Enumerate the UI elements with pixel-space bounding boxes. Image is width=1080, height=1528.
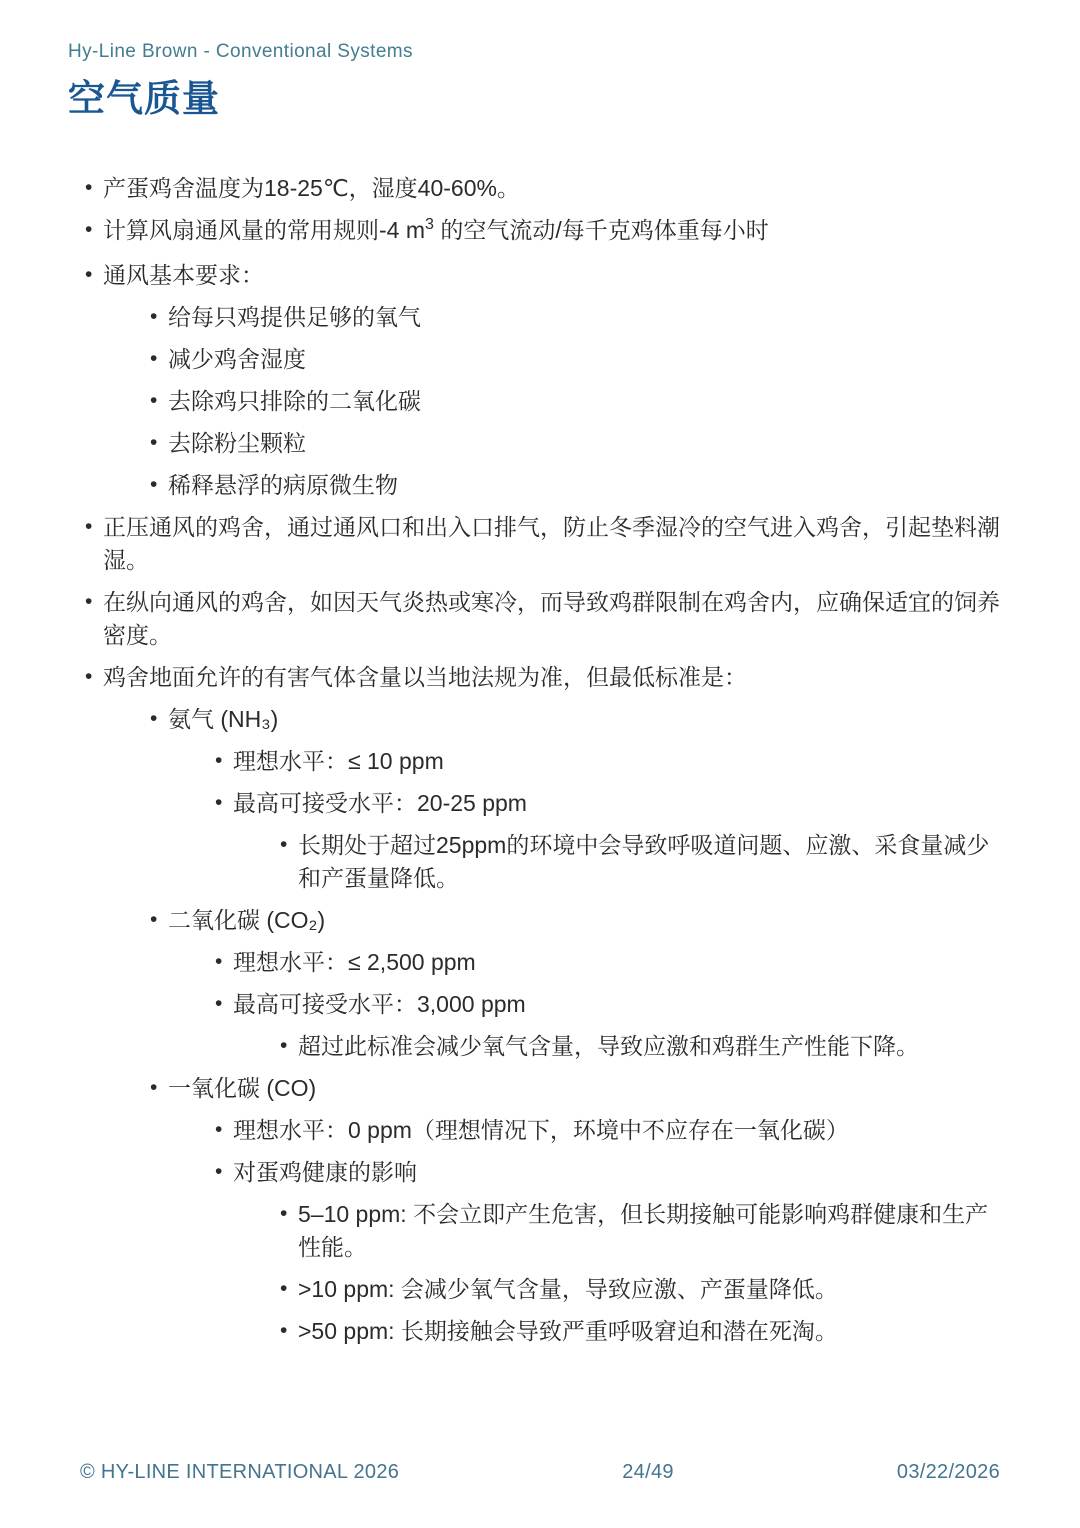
vent-requirements-text: 通风基本要求： xyxy=(103,262,264,288)
co-effects-heading: 对蛋鸡健康的影响 xyxy=(233,1159,417,1185)
co-effects-item: 对蛋鸡健康的影响 5–10 ppm: 不会立即产生危害，但长期接触可能影响鸡群健… xyxy=(215,1156,1000,1348)
ammonia-max-text: 最高可接受水平：20-25 ppm xyxy=(233,790,527,816)
oxygen-text: 给每只鸡提供足够的氧气 xyxy=(168,304,421,330)
carbon-monoxide-label: 一氧化碳 (CO) xyxy=(168,1075,316,1101)
ventilation-rule-text-after: 的空气流动/每千克鸡体重每小时 xyxy=(434,217,769,243)
co-effect-mid-item: >10 ppm: 会减少氧气含量，导致应激、产蛋量降低。 xyxy=(280,1273,1000,1306)
co-effect-high-item: >50 ppm: 长期接触会导致严重呼吸窘迫和潜在死淘。 xyxy=(280,1315,1000,1348)
footer-page-number: 24/49 xyxy=(622,1461,674,1484)
co-effect-mid-text: >10 ppm: 会减少氧气含量，导致应激、产蛋量降低。 xyxy=(298,1276,838,1302)
ammonia-sublist: 理想水平：≤ 10 ppm 最高可接受水平：20-25 ppm 长期处于超过25… xyxy=(215,745,1000,895)
co2-ideal-item: 理想水平：≤ 2,500 ppm xyxy=(215,946,1000,979)
ammonia-ideal-text: 理想水平：≤ 10 ppm xyxy=(233,748,444,774)
document-footer: © HY-LINE INTERNATIONAL 2026 24/49 03/22… xyxy=(80,1461,1000,1484)
co-effect-low-text: 5–10 ppm: 不会立即产生危害，但长期接触可能影响鸡群健康和生产性能。 xyxy=(298,1201,988,1260)
pathogen-dilution-text: 稀释悬浮的病原微生物 xyxy=(168,472,398,498)
dust-removal-text: 去除粉尘颗粒 xyxy=(168,430,306,456)
co2-ideal-text: 理想水平：≤ 2,500 ppm xyxy=(233,949,476,975)
document-page: Hy-Line Brown - Conventional Systems 空气质… xyxy=(0,0,1080,1528)
co2-removal-item: 去除鸡只排除的二氧化碳 xyxy=(150,385,1000,418)
cubic-meter-superscript: 3 xyxy=(425,215,434,233)
footer-date: 03/22/2026 xyxy=(897,1461,1000,1484)
co2-note-sublist: 超过此标准会减少氧气含量，导致应激和鸡群生产性能下降。 xyxy=(280,1030,1000,1063)
dust-removal-item: 去除粉尘颗粒 xyxy=(150,427,1000,460)
ventilation-rule-item: 计算风扇通风量的常用规则-4 m3 的空气流动/每千克鸡体重每小时 xyxy=(85,214,1000,250)
co-effects-sublist: 5–10 ppm: 不会立即产生危害，但长期接触可能影响鸡群健康和生产性能。 >… xyxy=(280,1198,1000,1348)
document-breadcrumb: Hy-Line Brown - Conventional Systems xyxy=(68,40,1000,63)
gas-limits-text: 鸡舍地面允许的有害气体含量以当地法规为准，但最低标准是： xyxy=(103,664,747,690)
co2-warning-text: 超过此标准会减少氧气含量，导致应激和鸡群生产性能下降。 xyxy=(298,1033,919,1059)
vent-requirements-sublist: 给每只鸡提供足够的氧气 减少鸡舍湿度 去除鸡只排除的二氧化碳 去除粉尘颗粒 稀释… xyxy=(150,301,1000,502)
ammonia-ideal-item: 理想水平：≤ 10 ppm xyxy=(215,745,1000,778)
bullet-list: 产蛋鸡舍温度为18-25℃，湿度40-60%。 计算风扇通风量的常用规则-4 m… xyxy=(85,172,1000,1348)
co2-warning-item: 超过此标准会减少氧气含量，导致应激和鸡群生产性能下降。 xyxy=(280,1030,1000,1063)
ammonia-label: 氨气 (NH₃) xyxy=(168,706,278,732)
page-title: 空气质量 xyxy=(68,78,1000,120)
temp-humidity-text: 产蛋鸡舍温度为18-25℃，湿度40-60%。 xyxy=(103,175,520,201)
co-ideal-text: 理想水平：0 ppm（理想情况下，环境中不应存在一氧化碳） xyxy=(233,1117,849,1143)
oxygen-item: 给每只鸡提供足够的氧气 xyxy=(150,301,1000,334)
pathogen-dilution-item: 稀释悬浮的病原微生物 xyxy=(150,469,1000,502)
co-ideal-item: 理想水平：0 ppm（理想情况下，环境中不应存在一氧化碳） xyxy=(215,1114,1000,1147)
tunnel-ventilation-text: 在纵向通风的鸡舍，如因天气炎热或寒冷，而导致鸡群限制在鸡舍内，应确保适宜的饲养密… xyxy=(103,589,1000,648)
temp-humidity-item: 产蛋鸡舍温度为18-25℃，湿度40-60%。 xyxy=(85,172,1000,205)
vent-requirements-item: 通风基本要求： 给每只鸡提供足够的氧气 减少鸡舍湿度 去除鸡只排除的二氧化碳 去… xyxy=(85,259,1000,502)
positive-pressure-text: 正压通风的鸡舍，通过通风口和出入口排气，防止冬季湿冷的空气进入鸡舍，引起垫料潮湿… xyxy=(103,514,1000,573)
positive-pressure-item: 正压通风的鸡舍，通过通风口和出入口排气，防止冬季湿冷的空气进入鸡舍，引起垫料潮湿… xyxy=(85,511,1000,577)
humidity-reduction-item: 减少鸡舍湿度 xyxy=(150,343,1000,376)
co-effect-high-text: >50 ppm: 长期接触会导致严重呼吸窘迫和潜在死淘。 xyxy=(298,1318,838,1344)
ammonia-warning-item: 长期处于超过25ppm的环境中会导致呼吸道问题、应激、采食量减少和产蛋量降低。 xyxy=(280,829,1000,895)
gas-list: 氨气 (NH₃) 理想水平：≤ 10 ppm 最高可接受水平：20-25 ppm… xyxy=(150,703,1000,1348)
carbon-dioxide-label: 二氧化碳 (CO₂) xyxy=(168,907,325,933)
carbon-dioxide-sublist: 理想水平：≤ 2,500 ppm 最高可接受水平：3,000 ppm 超过此标准… xyxy=(215,946,1000,1063)
ammonia-item: 氨气 (NH₃) 理想水平：≤ 10 ppm 最高可接受水平：20-25 ppm… xyxy=(150,703,1000,895)
document-body: 产蛋鸡舍温度为18-25℃，湿度40-60%。 计算风扇通风量的常用规则-4 m… xyxy=(68,172,1000,1348)
ammonia-max-item: 最高可接受水平：20-25 ppm 长期处于超过25ppm的环境中会导致呼吸道问… xyxy=(215,787,1000,895)
carbon-monoxide-item: 一氧化碳 (CO) 理想水平：0 ppm（理想情况下，环境中不应存在一氧化碳） … xyxy=(150,1072,1000,1348)
carbon-monoxide-sublist: 理想水平：0 ppm（理想情况下，环境中不应存在一氧化碳） 对蛋鸡健康的影响 5… xyxy=(215,1114,1000,1348)
gas-limits-item: 鸡舍地面允许的有害气体含量以当地法规为准，但最低标准是： 氨气 (NH₃) 理想… xyxy=(85,661,1000,1348)
co2-max-item: 最高可接受水平：3,000 ppm 超过此标准会减少氧气含量，导致应激和鸡群生产… xyxy=(215,988,1000,1063)
ventilation-rule-text: 计算风扇通风量的常用规则-4 m xyxy=(103,217,425,243)
carbon-dioxide-item: 二氧化碳 (CO₂) 理想水平：≤ 2,500 ppm 最高可接受水平：3,00… xyxy=(150,904,1000,1063)
co2-max-text: 最高可接受水平：3,000 ppm xyxy=(233,991,526,1017)
co2-removal-text: 去除鸡只排除的二氧化碳 xyxy=(168,388,421,414)
tunnel-ventilation-item: 在纵向通风的鸡舍，如因天气炎热或寒冷，而导致鸡群限制在鸡舍内，应确保适宜的饲养密… xyxy=(85,586,1000,652)
ammonia-warning-text: 长期处于超过25ppm的环境中会导致呼吸道问题、应激、采食量减少和产蛋量降低。 xyxy=(298,832,989,891)
humidity-reduction-text: 减少鸡舍湿度 xyxy=(168,346,306,372)
co-effect-low-item: 5–10 ppm: 不会立即产生危害，但长期接触可能影响鸡群健康和生产性能。 xyxy=(280,1198,1000,1264)
ammonia-note-sublist: 长期处于超过25ppm的环境中会导致呼吸道问题、应激、采食量减少和产蛋量降低。 xyxy=(280,829,1000,895)
footer-copyright: © HY-LINE INTERNATIONAL 2026 xyxy=(80,1461,399,1484)
